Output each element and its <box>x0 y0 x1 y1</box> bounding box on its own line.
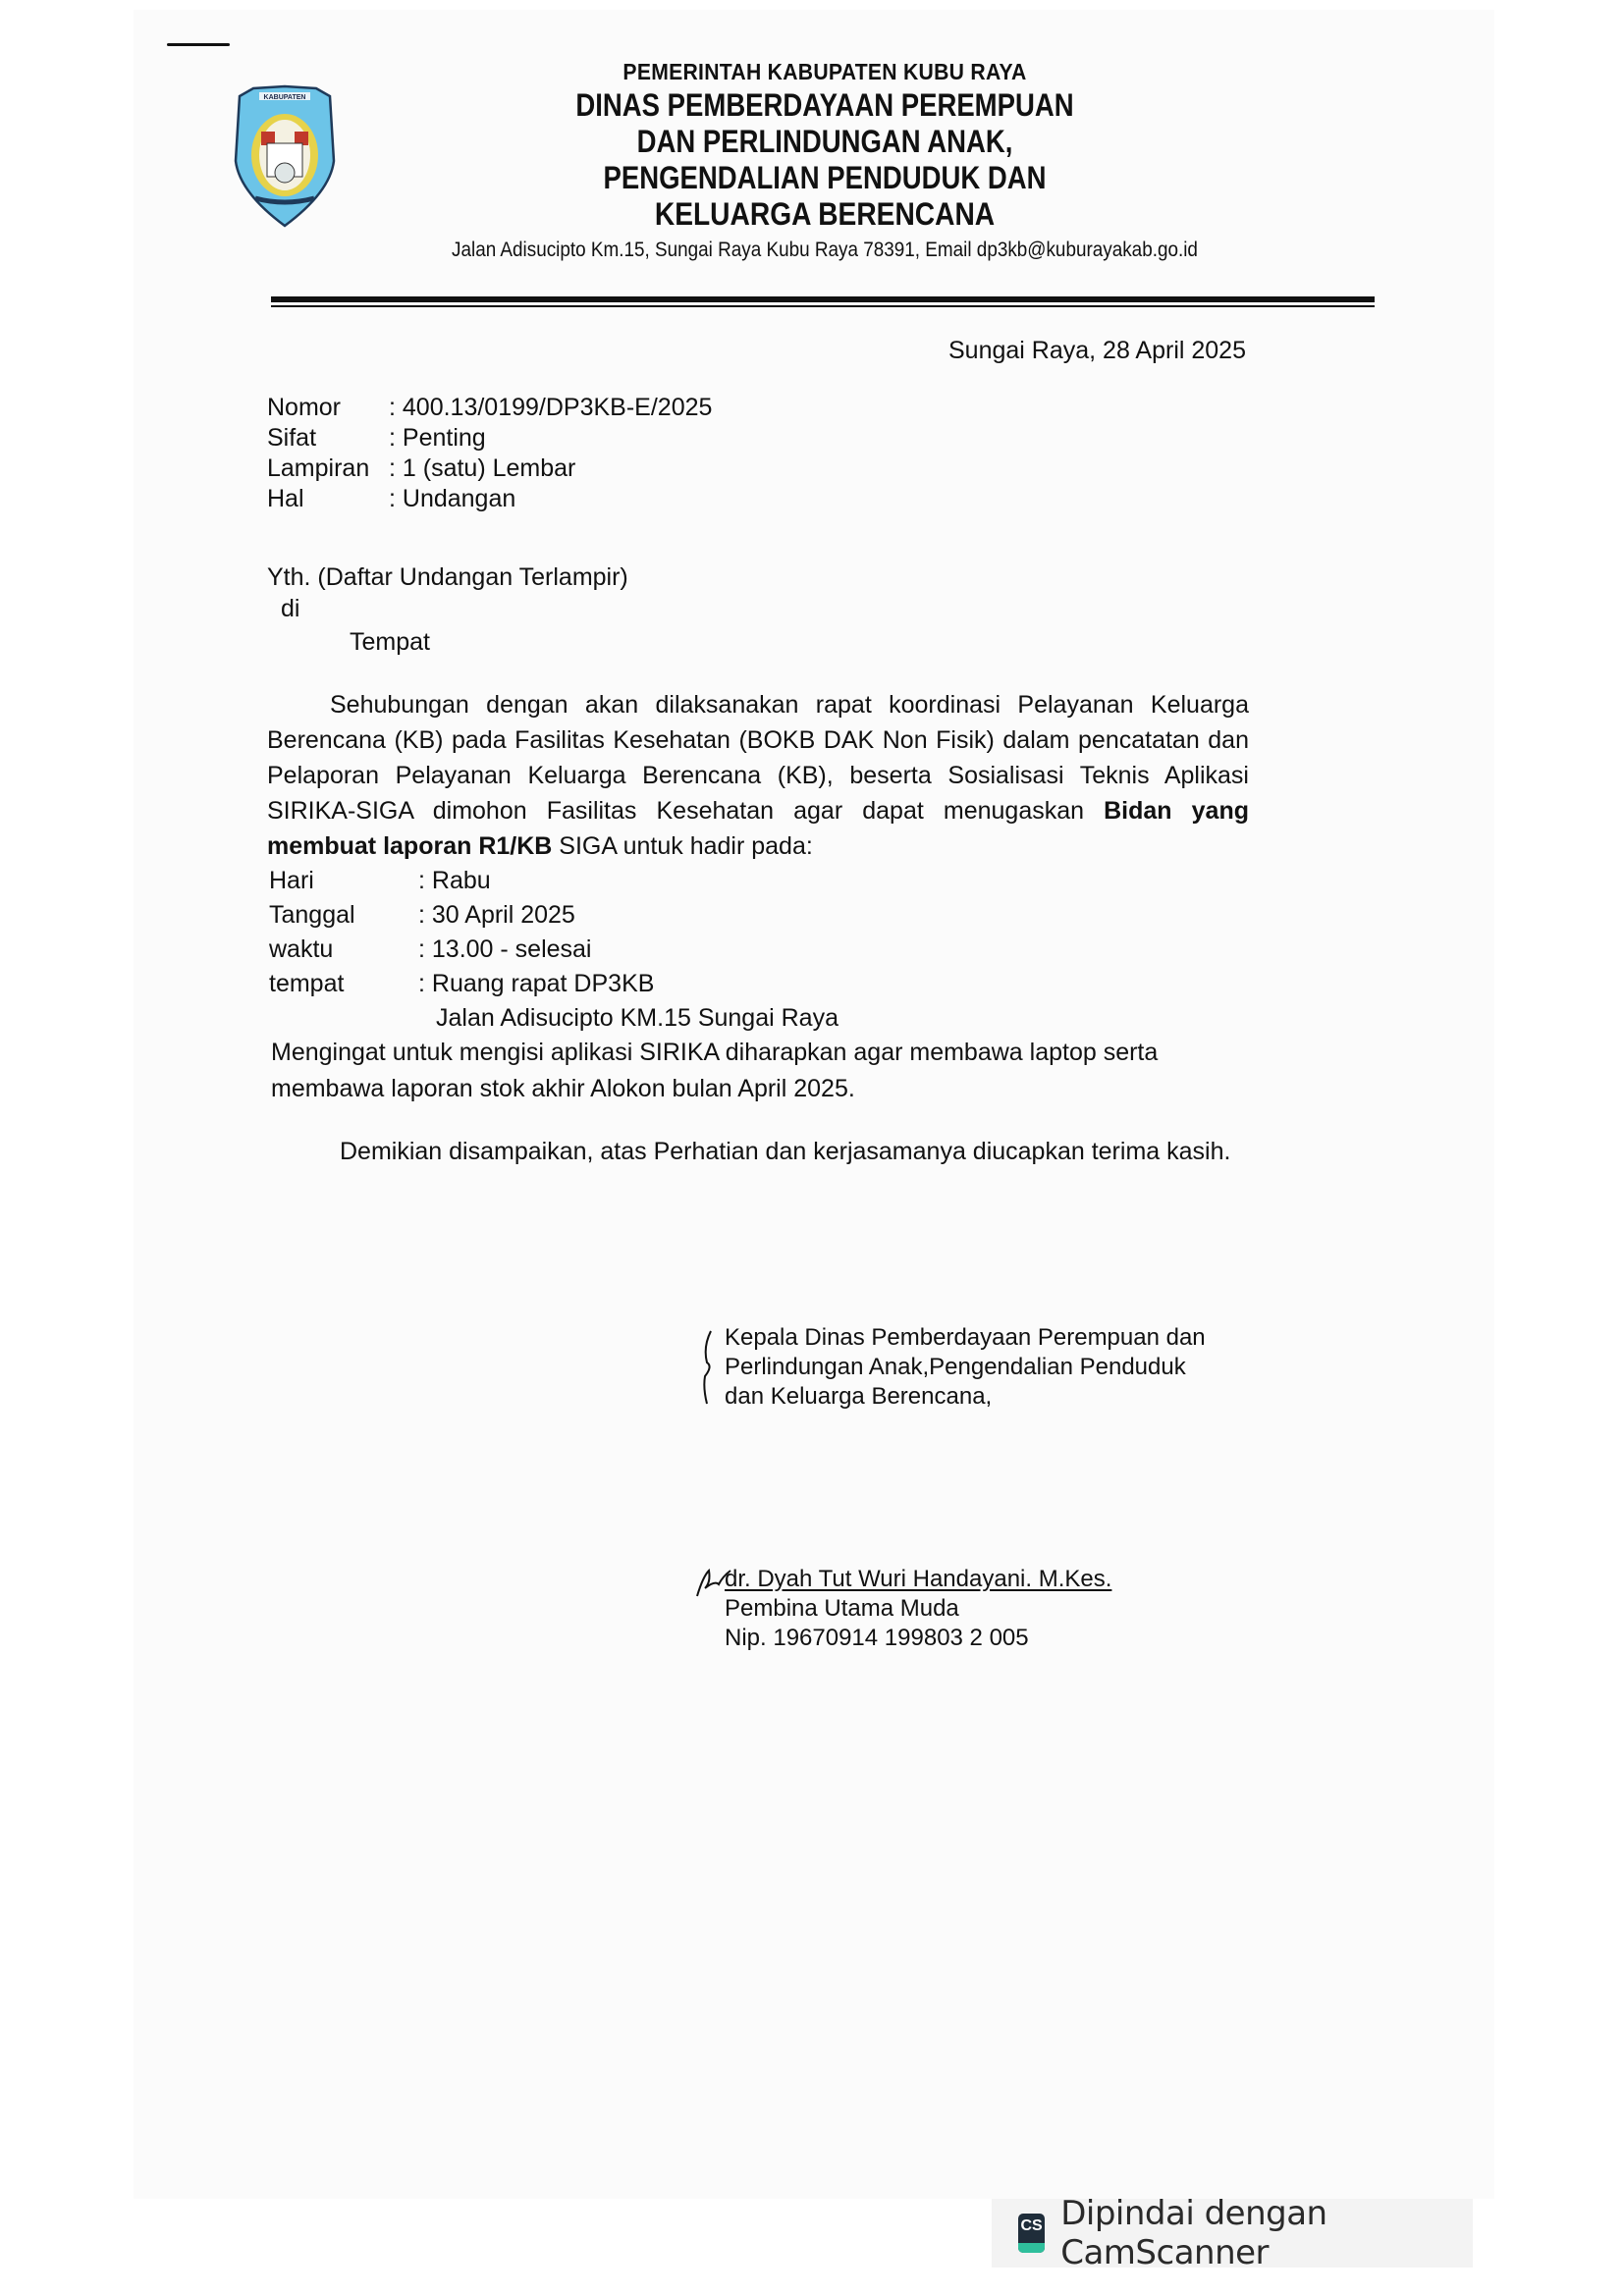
detail-row-tanggal: Tanggal : 30 April 2025 <box>269 898 839 933</box>
detail-row-waktu: waktu : 13.00 - selesai <box>269 933 839 967</box>
svg-text:KABUPATEN: KABUPATEN <box>264 94 306 101</box>
signatory-title-line: Kepala Dinas Pemberdayaan Perempuan dan <box>725 1323 1206 1353</box>
signatory-block: dr. Dyah Tut Wuri Handayani. M.Kes. Pemb… <box>725 1565 1111 1653</box>
letterhead: PEMERINTAH KABUPATEN KUBU RAYA DINAS PEM… <box>383 59 1267 262</box>
paraf-initial-icon <box>699 1327 719 1406</box>
letter-date: Sungai Raya, 28 April 2025 <box>948 336 1246 365</box>
closing-paragraph: Demikian disampaikan, atas Perhatian dan… <box>340 1137 1230 1166</box>
kabupaten-emblem-icon: KABUPATEN <box>232 82 338 228</box>
signatory-name: dr. Dyah Tut Wuri Handayani. M.Kes. <box>725 1565 1111 1594</box>
meta-value: : 1 (satu) Lembar <box>389 454 575 484</box>
addressee-di: di <box>267 593 628 624</box>
meta-row-hal: Hal : Undangan <box>267 484 712 514</box>
letterhead-rule-thick <box>271 296 1375 302</box>
meta-key: Sifat <box>267 423 389 454</box>
reminder-paragraph: Mengingat untuk mengisi aplikasi SIRIKA … <box>271 1035 1233 1107</box>
detail-row-tempat: tempat : Ruang rapat DP3KB <box>269 967 839 1001</box>
addressee-place: Tempat <box>267 626 628 658</box>
signatory-nip: Nip. 19670914 199803 2 005 <box>725 1624 1111 1653</box>
signatory-title: Kepala Dinas Pemberdayaan Perempuan dan … <box>725 1323 1206 1412</box>
letterhead-agency-line1: DINAS PEMBERDAYAAN PEREMPUAN <box>445 87 1205 124</box>
letterhead-agency-line3: PENGENDALIAN PENDUDUK DAN <box>445 160 1205 196</box>
letterhead-agency-line2: DAN PERLINDUNGAN ANAK, <box>445 124 1205 160</box>
meta-key: Hal <box>267 484 389 514</box>
signatory-rank: Pembina Utama Muda <box>725 1594 1111 1624</box>
meta-key: Lampiran <box>267 454 389 484</box>
meta-value: : Penting <box>389 423 486 454</box>
meta-key: Nomor <box>267 393 389 423</box>
meta-row-nomor: Nomor : 400.13/0199/DP3KB-E/2025 <box>267 393 712 423</box>
detail-key: waktu <box>269 933 418 967</box>
body-outro: SIGA untuk hadir pada: <box>552 832 812 860</box>
detail-value: : Ruang rapat DP3KB <box>418 967 654 1001</box>
addressee-block: Yth. (Daftar Undangan Terlampir) di Temp… <box>267 561 628 658</box>
signatory-title-line: Perlindungan Anak,Pengendalian Penduduk <box>725 1353 1206 1382</box>
event-details: Hari : Rabu Tanggal : 30 April 2025 wakt… <box>269 864 839 1036</box>
meta-value: : Undangan <box>389 484 515 514</box>
body-intro: Sehubungan dengan akan dilaksanakan rapa… <box>267 691 1249 825</box>
corner-pen-mark <box>167 43 230 46</box>
detail-value: : 30 April 2025 <box>418 898 575 933</box>
detail-key: tempat <box>269 967 418 1001</box>
meta-value: : 400.13/0199/DP3KB-E/2025 <box>389 393 712 423</box>
detail-value: : Rabu <box>418 864 491 898</box>
addressee-to: Yth. (Daftar Undangan Terlampir) <box>267 561 628 593</box>
camscanner-watermark: CS Dipindai dengan CamScanner <box>992 2199 1473 2268</box>
letterhead-government: PEMERINTAH KABUPATEN KUBU RAYA <box>418 59 1231 85</box>
signatory-title-line: dan Keluarga Berencana, <box>725 1382 1206 1412</box>
detail-value: : 13.00 - selesai <box>418 933 592 967</box>
detail-key: Tanggal <box>269 898 418 933</box>
body-paragraph: Sehubungan dengan akan dilaksanakan rapa… <box>267 687 1249 864</box>
detail-key: Hari <box>269 864 418 898</box>
letterhead-rule-thin <box>271 305 1375 307</box>
meta-row-sifat: Sifat : Penting <box>267 423 712 454</box>
detail-location-address: Jalan Adisucipto KM.15 Sungai Raya <box>269 1001 839 1036</box>
camscanner-text: Dipindai dengan CamScanner <box>1060 2194 1473 2272</box>
letter-meta: Nomor : 400.13/0199/DP3KB-E/2025 Sifat :… <box>267 393 712 514</box>
letterhead-address: Jalan Adisucipto Km.15, Sungai Raya Kubu… <box>427 239 1222 262</box>
letterhead-agency-line4: KELUARGA BERENCANA <box>436 196 1214 233</box>
camscanner-logo-icon: CS <box>1018 2214 1045 2253</box>
meta-row-lampiran: Lampiran : 1 (satu) Lembar <box>267 454 712 484</box>
detail-row-hari: Hari : Rabu <box>269 864 839 898</box>
